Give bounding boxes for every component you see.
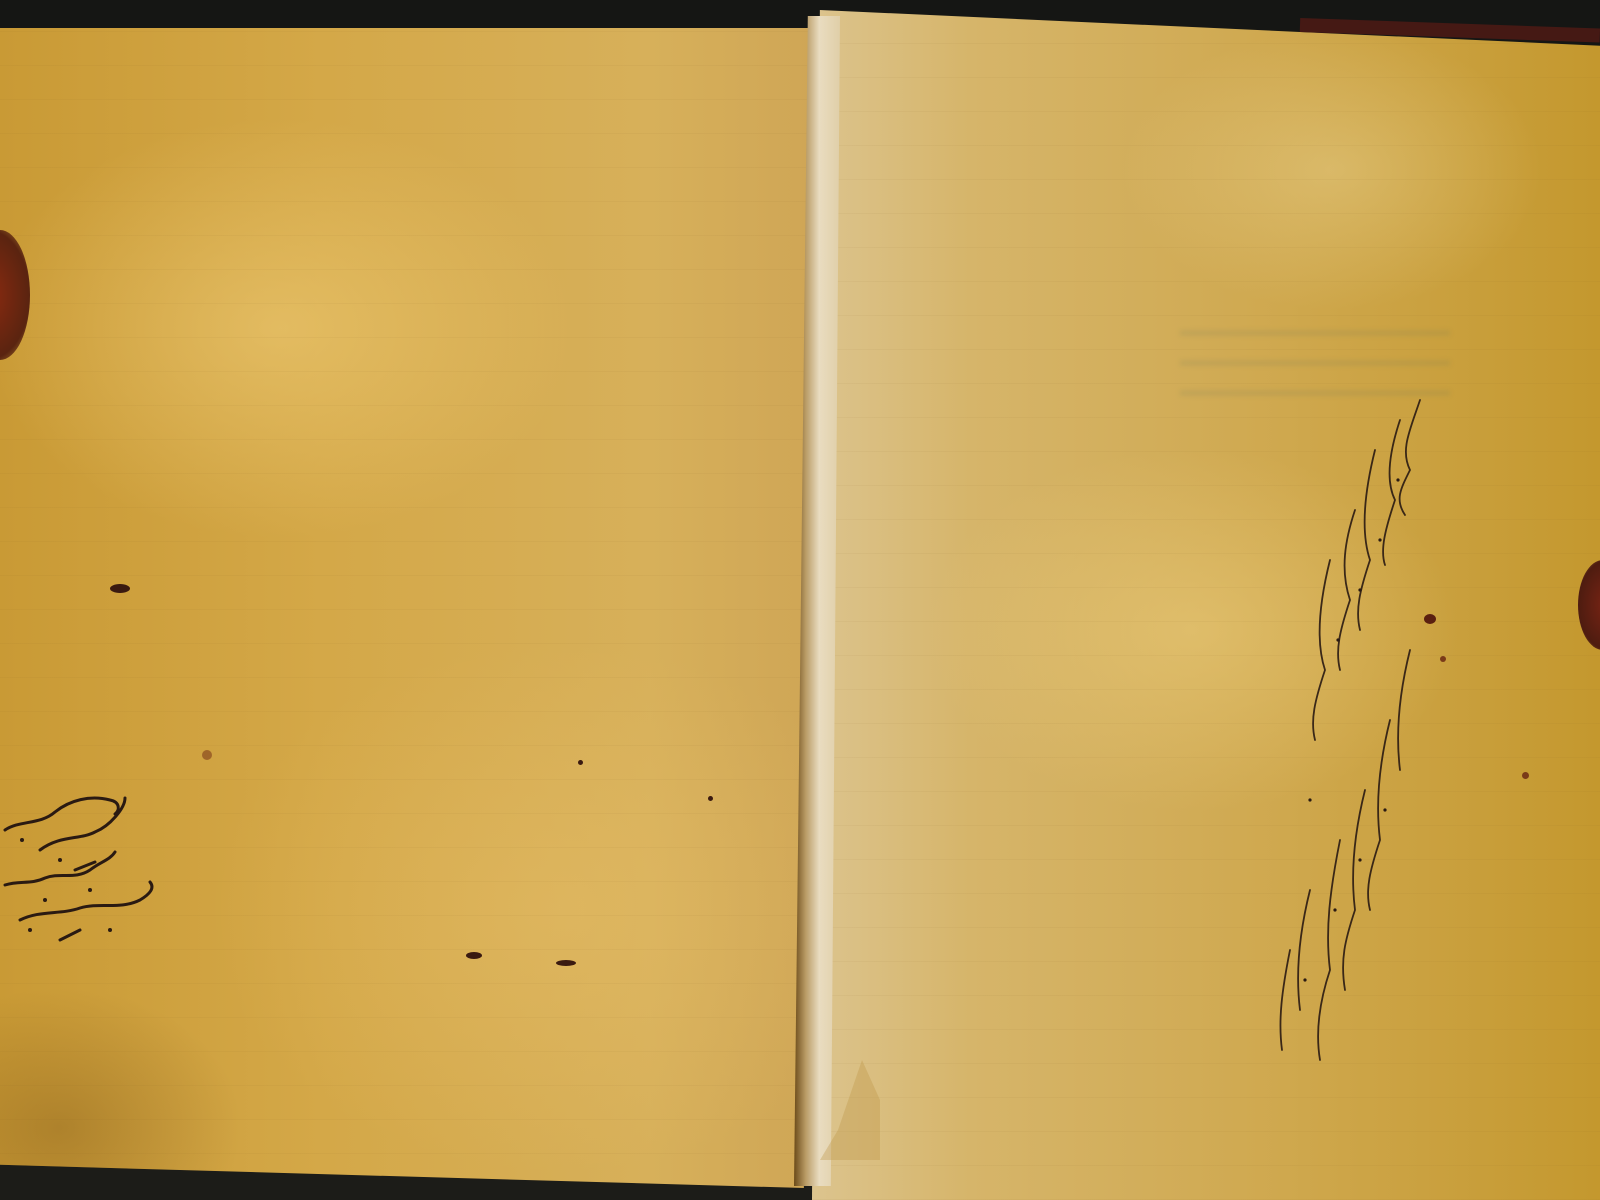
ink-stain xyxy=(708,796,713,801)
handwriting-left xyxy=(0,790,170,980)
left-marginal-note xyxy=(0,790,170,984)
left-page xyxy=(0,28,812,1188)
ink-stain xyxy=(556,960,576,966)
manuscript-photo: Photograph of an open manuscript with bl… xyxy=(0,0,1600,1200)
right-page-ruling xyxy=(812,10,1600,1200)
ink-stain xyxy=(1440,656,1446,662)
ink-stain xyxy=(110,584,130,593)
ink-stain xyxy=(578,760,583,765)
ink-stain xyxy=(466,952,482,959)
right-marginal-note xyxy=(1260,390,1440,1084)
handwriting-right xyxy=(1260,390,1440,1080)
ink-stain xyxy=(202,750,212,760)
right-page xyxy=(812,10,1600,1200)
left-page-ruling xyxy=(0,28,812,1188)
ink-stain xyxy=(1522,772,1529,779)
